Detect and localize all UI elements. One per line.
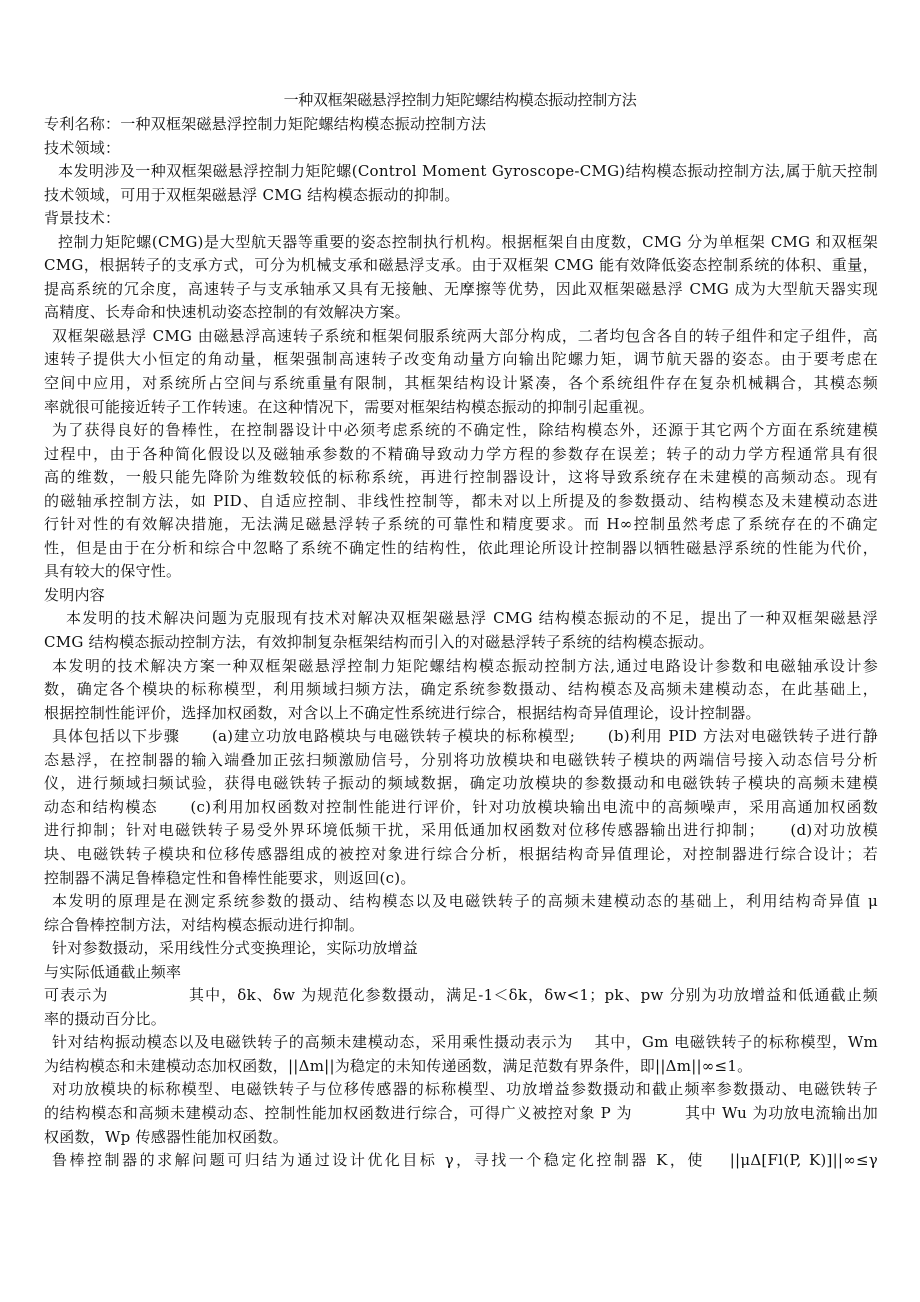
text-line: 综合鲁棒控制方法，对结构模态振动进行抑制。 <box>44 914 884 938</box>
text-line: 性，但是由于在分析和综合中忽略了系统不确定性的结构性，依此理论所设计控制器以牺牲… <box>44 537 878 561</box>
text-line: 具有较大的保守性。 <box>44 560 884 584</box>
text-line: 具体包括以下步骤 (a)建立功放电路模块与电磁铁转子模块的标称模型; (b)利用… <box>44 725 878 749</box>
text-line: 本发明的技术解决问题为克服现有技术对解决双框架磁悬浮 CMG 结构模态振动的不足… <box>44 607 878 631</box>
text-line: 为了获得良好的鲁棒性，在控制器设计中必须考虑系统的不确定性，除结构模态外，还源于… <box>44 419 878 443</box>
text-line: 仪，进行频域扫频试验，获得电磁铁转子振动的频域数据，确定功放模块的参数摄动和电磁… <box>44 772 878 796</box>
text-line: 根据控制性能评价，选择加权函数，对含以上不确定性系统进行综合，根据结构奇异值理论… <box>44 702 884 726</box>
document-body: 专利名称：一种双框架磁悬浮控制力矩陀螺结构模态振动控制方法技术领域：本发明涉及一… <box>44 113 884 1173</box>
text-line: 背景技术： <box>44 207 884 231</box>
text-line: 的结构模态和高频未建模动态、控制性能加权函数进行综合，可得广义被控对象 P 为 … <box>44 1102 878 1126</box>
text-line: 权函数，Wp 传感器性能加权函数。 <box>44 1126 884 1150</box>
text-line: 的磁轴承控制方法，如 PID、自适应控制、非线性控制等，都未对以上所提及的参数摄… <box>44 490 878 514</box>
text-line: 鲁棒控制器的求解问题可归结为通过设计优化目标 γ，寻找一个稳定化控制器 K，使 … <box>44 1149 878 1173</box>
text-line: 对功放模块的标称模型、电磁铁转子与位移传感器的标称模型、功放增益参数摄动和截止频… <box>44 1078 878 1102</box>
text-line: 控制力矩陀螺(CMG)是大型航天器等重要的姿态控制执行机构。根据框架自由度数，C… <box>44 231 878 255</box>
text-line: 针对结构振动模态以及电磁铁转子的高频未建模动态，采用乘性摄动表示为 其中，Gm … <box>44 1031 878 1055</box>
text-line: 可表示为 其中，δk、δw 为规范化参数摄动，满足-1＜δk，δw<1；pk、p… <box>44 984 878 1008</box>
text-line: 动态和结构模态 (c)利用加权函数对控制性能进行评价，针对功放模块输出电流中的高… <box>44 796 878 820</box>
text-line: 数，确定各个模块的标称模型，利用频域扫频方法，确定系统参数摄动、结构模态及高频未… <box>44 678 878 702</box>
text-line: 行针对性的有效解决措施，无法满足磁悬浮转子系统的可靠性和精度要求。而 H∞控制虽… <box>44 513 878 537</box>
text-line: 高的维数，一般只能先降阶为维数较低的标称系统，再进行控制器设计，这将导致系统存在… <box>44 466 878 490</box>
text-line: 态悬浮，在控制器的输入端叠加正弦扫频激励信号，分别将功放模块和电磁铁转子模块的两… <box>44 749 878 773</box>
text-line: 提高系统的冗余度，高速转子与支承轴承又具有无接触、无摩擦等优势，因此双框架磁悬浮… <box>44 278 878 302</box>
text-line: 控制器不满足鲁棒稳定性和鲁棒性能要求，则返回(c)。 <box>44 867 884 891</box>
text-line: 本发明的原理是在测定系统参数的摄动、结构模态以及电磁铁转子的高频未建模动态的基础… <box>44 890 878 914</box>
text-line: 速转子提供大小恒定的角动量，框架强制高速转子改变角动量方向输出陀螺力矩，调节航天… <box>44 348 878 372</box>
text-line: CMG，根据转子的支承方式，可分为机械支承和磁悬浮支承。由于双框架 CMG 能有… <box>44 254 878 278</box>
text-line: 技术领域，可用于双框架磁悬浮 CMG 结构模态振动的抑制。 <box>44 184 884 208</box>
text-line: 为结构模态和未建模动态加权函数，||Δm||为稳定的未知传递函数，满足范数有界条… <box>44 1055 884 1079</box>
text-line: 双框架磁悬浮 CMG 由磁悬浮高速转子系统和框架伺服系统两大部分构成，二者均包含… <box>44 325 878 349</box>
text-line: 发明内容 <box>44 584 884 608</box>
text-line: 率就很可能接近转子工作转速。在这种情况下，需要对框架结构模态振动的抑制引起重视。 <box>44 396 884 420</box>
text-line: 空间中应用，对系统所占空间与系统重量有限制，其框架结构设计紧凑，各个系统组件存在… <box>44 372 878 396</box>
text-line: 高精度、长寿命和快速机动姿态控制的有效解决方案。 <box>44 301 884 325</box>
text-line: 专利名称：一种双框架磁悬浮控制力矩陀螺结构模态振动控制方法 <box>44 113 884 137</box>
document-title: 一种双框架磁悬浮控制力矩陀螺结构模态振动控制方法 <box>0 89 920 111</box>
text-line: 率的摄动百分比。 <box>44 1008 884 1032</box>
text-line: 本发明涉及一种双框架磁悬浮控制力矩陀螺(Control Moment Gyros… <box>44 160 878 184</box>
document-page: 一种双框架磁悬浮控制力矩陀螺结构模态振动控制方法 专利名称：一种双框架磁悬浮控制… <box>0 0 920 1302</box>
text-line: CMG 结构模态振动控制方法，有效抑制复杂框架结构而引入的对磁悬浮转子系统的结构… <box>44 631 884 655</box>
text-line: 进行抑制；针对电磁铁转子易受外界环境低频干扰，采用低通加权函数对位移传感器输出进… <box>44 819 878 843</box>
text-line: 过程中，由于各种简化假设以及磁轴承参数的不精确导致动力学方程的参数存在误差；转子… <box>44 443 878 467</box>
text-line: 技术领域： <box>44 137 884 161</box>
text-line: 针对参数摄动，采用线性分式变换理论，实际功放增益 <box>44 937 884 961</box>
text-line: 本发明的技术解决方案一种双框架磁悬浮控制力矩陀螺结构模态振动控制方法,通过电路设… <box>44 655 878 679</box>
text-line: 块、电磁铁转子模块和位移传感器组成的被控对象进行综合分析，根据结构奇异值理论，对… <box>44 843 878 867</box>
text-line: 与实际低通截止频率 <box>44 961 884 985</box>
